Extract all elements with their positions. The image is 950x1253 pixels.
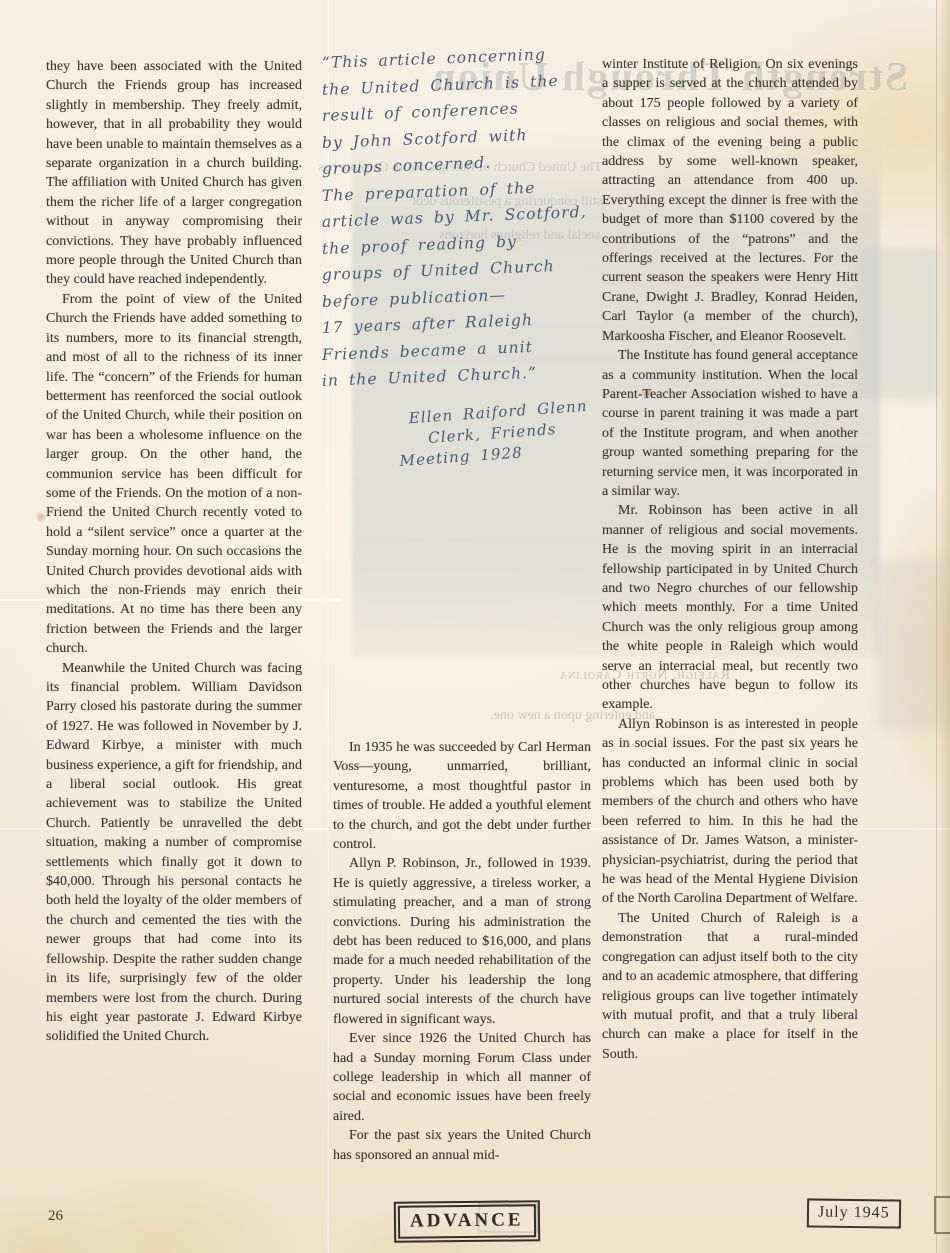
paragraph: In 1935 he was succeeded by Carl Herman … [333, 738, 591, 854]
column-middle-printed: In 1935 he was succeeded by Carl Herman … [333, 738, 591, 1165]
issue-date-stamp: July 1945 [807, 1198, 901, 1228]
paragraph: Ever since 1926 the United Church has ha… [333, 1029, 591, 1126]
column-left: they have been associated with the Unite… [46, 57, 302, 1047]
page-scan: Strength Through Union The United Church… [0, 0, 950, 1253]
handwritten-note: “This article concerning the United Chur… [322, 50, 617, 464]
paragraph: they have been associated with the Unite… [46, 57, 302, 290]
paragraph: Allyn P. Robinson, Jr., followed in 1939… [333, 854, 591, 1029]
paragraph: Meanwhile the United Church was facing i… [46, 659, 302, 1047]
paragraph: Mr. Robinson has been active in all mann… [602, 501, 858, 714]
paragraph: winter Institute of Religion. On six eve… [602, 55, 858, 346]
paragraph: Allyn Robinson is as interested in peopl… [602, 715, 858, 909]
paragraph: The Institute has found general acceptan… [602, 346, 858, 501]
bleed-patch-right-lower [878, 560, 950, 730]
adjacent-page-edge [936, 0, 950, 1253]
magazine-title-stamp: ADVANCE [398, 1204, 536, 1238]
column-right: winter Institute of Religion. On six eve… [602, 55, 858, 1064]
bleed-patch-right-upper [856, 248, 940, 398]
paragraph: The United Church of Raleigh is a demons… [602, 909, 858, 1064]
paragraph: For the past six years the United Church… [333, 1126, 591, 1165]
paragraph: From the point of view of the United Chu… [46, 290, 302, 659]
adjacent-page-stamp-box [934, 1196, 950, 1234]
handwritten-signature: Ellen Raiford Glenn Clerk, Friends Meeti… [408, 393, 619, 470]
page-number: 26 [48, 1208, 63, 1225]
